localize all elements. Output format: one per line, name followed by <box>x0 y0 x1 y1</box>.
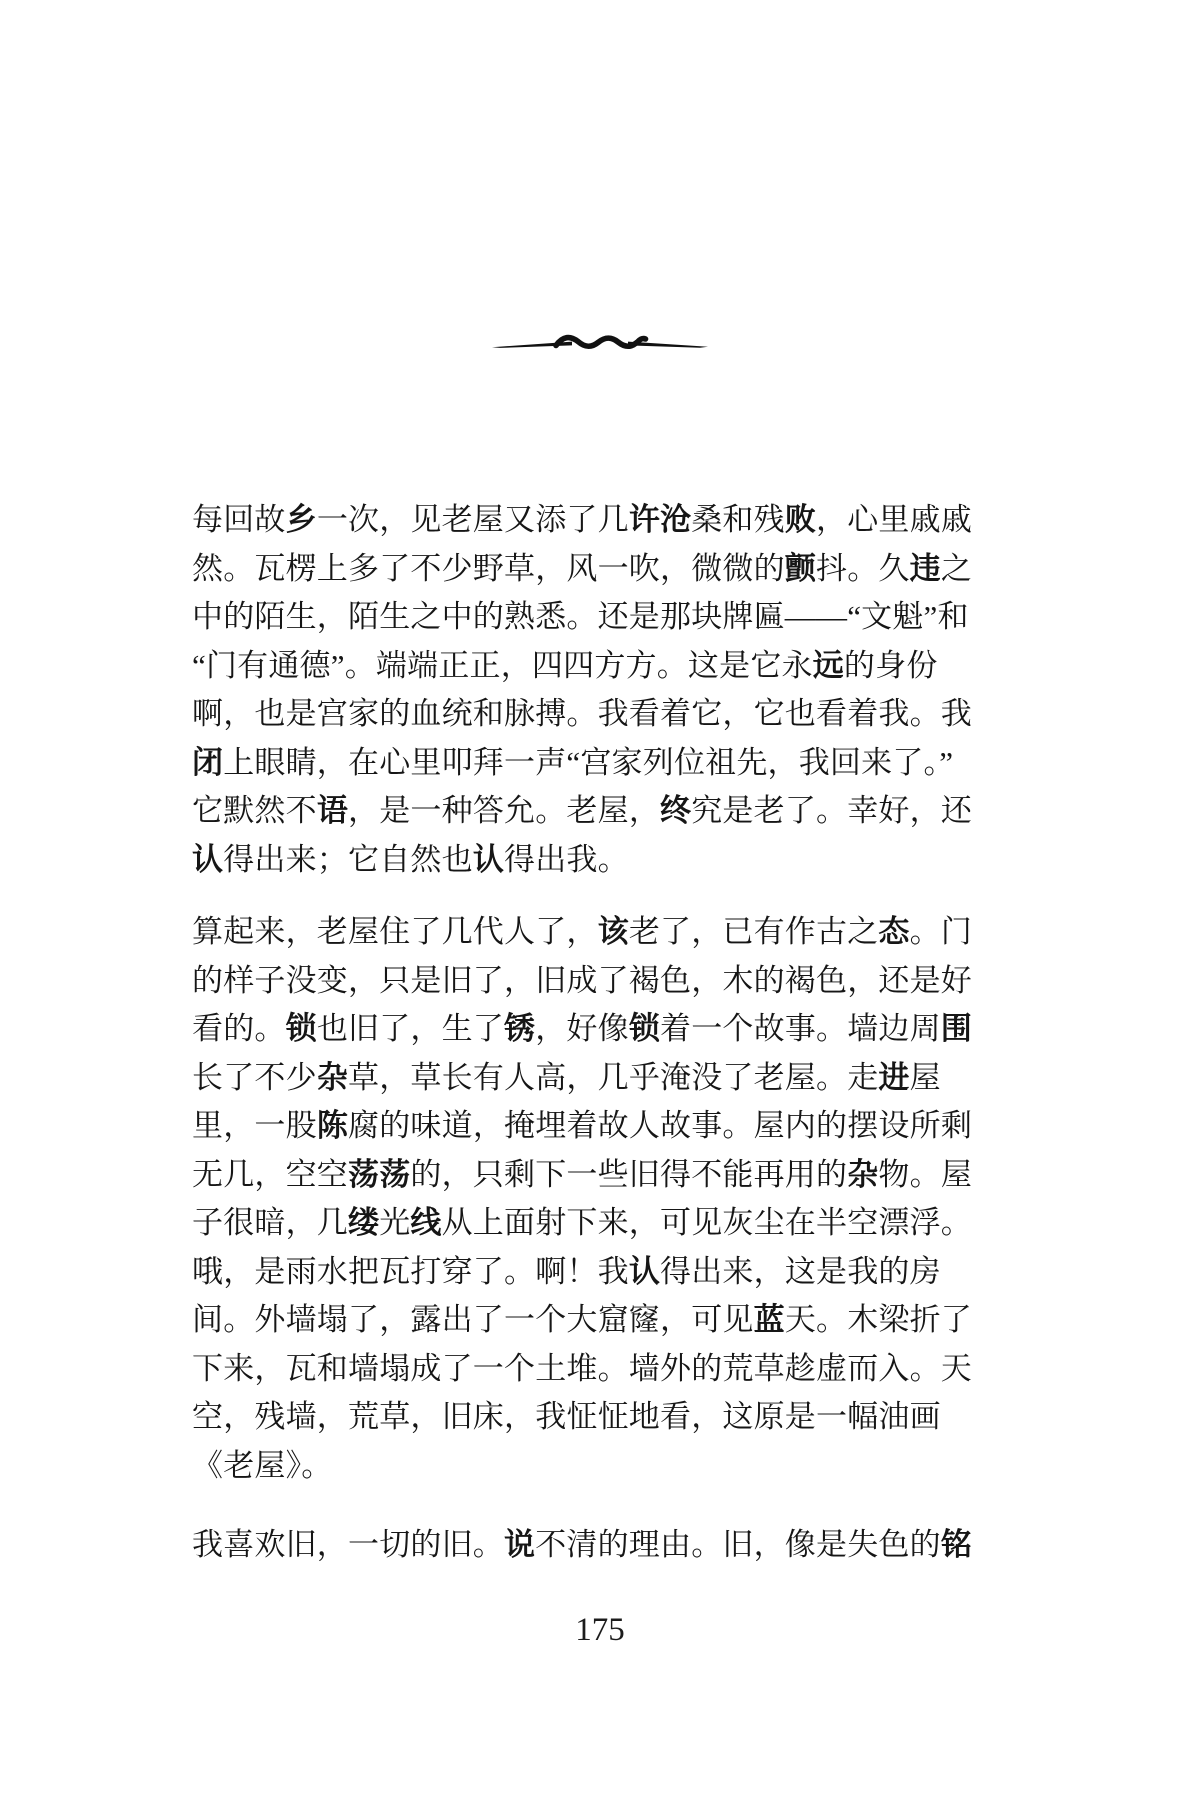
text-run: 。门 <box>910 914 972 949</box>
bold-text-run: 蓝 <box>754 1302 785 1337</box>
text-run: 上眼睛，在心里叩拜一声“宫家列位祖先，我回来了。” <box>223 745 953 780</box>
text-run: “门有通德”。端端正正，四四方方。这是它永 <box>192 648 813 683</box>
text-run: ，好像 <box>535 1011 629 1046</box>
text-line: 空，残墙，荒草，旧床，我怔怔地看，这原是一幅油画 <box>192 1393 1052 1442</box>
text-line: 闭上眼睛，在心里叩拜一声“宫家列位祖先，我回来了。” <box>192 739 1052 788</box>
bold-text-run: 闭 <box>192 745 223 780</box>
text-line: 间。外墙塌了，露出了一个大窟窿，可见蓝天。木梁折了 <box>192 1296 1052 1345</box>
text-run: 光 <box>379 1205 410 1240</box>
text-run: 究是老了。幸好，还 <box>691 793 972 828</box>
text-run: 天。木梁折了 <box>785 1302 972 1337</box>
text-block: 每回故乡一次，见老屋又添了几许沧桑和残败，心里戚戚然。瓦楞上多了不少野草，风一吹… <box>192 496 1052 1570</box>
bold-text-run: 围 <box>941 1011 972 1046</box>
text-run: 无几，空空 <box>192 1157 348 1192</box>
bold-text-run: 远 <box>813 648 844 683</box>
bold-text-run: 败 <box>785 502 816 537</box>
swash-divider-ornament <box>492 329 708 355</box>
text-line: 子很暗，几缕光线从上面射下来，可见灰尘在半空漂浮。 <box>192 1199 1052 1248</box>
text-run: 哦，是雨水把瓦打穿了。啊！我 <box>192 1254 629 1289</box>
bold-text-run: 认 <box>629 1254 660 1289</box>
bold-text-run: 锈 <box>504 1011 535 1046</box>
text-line: 啊，也是宫家的血统和脉搏。我看着它，它也看着我。我 <box>192 690 1052 739</box>
text-run: 长了不少 <box>192 1060 317 1095</box>
text-line: 我喜欢旧，一切的旧。说不清的理由。旧，像是失色的铭 <box>192 1521 1052 1570</box>
paragraph: 每回故乡一次，见老屋又添了几许沧桑和残败，心里戚戚然。瓦楞上多了不少野草，风一吹… <box>192 496 1052 884</box>
text-run: 的，只剩下一些旧得不能再用的 <box>410 1157 847 1192</box>
text-run: 之 <box>941 551 972 586</box>
text-line: 然。瓦楞上多了不少野草，风一吹，微微的颤抖。久违之 <box>192 545 1052 594</box>
text-line: 《老屋》。 <box>192 1442 1052 1491</box>
text-run: 物。屋 <box>878 1157 972 1192</box>
text-line: 每回故乡一次，见老屋又添了几许沧桑和残败，心里戚戚 <box>192 496 1052 545</box>
bold-text-run: 认 <box>192 842 223 877</box>
bold-text-run: 进 <box>878 1060 909 1095</box>
text-line: 的样子没变，只是旧了，旧成了褐色，木的褐色，还是好 <box>192 957 1052 1006</box>
bold-text-run: 态 <box>878 914 909 949</box>
bold-text-run: 认 <box>473 842 504 877</box>
text-run: 得出来；它自然也 <box>223 842 473 877</box>
bold-text-run: 锁 <box>286 1011 317 1046</box>
text-run: 看的。 <box>192 1011 286 1046</box>
bold-text-run: 颤 <box>785 551 816 586</box>
text-run: 草，草长有人高，几乎淹没了老屋。走 <box>348 1060 878 1095</box>
text-run: 间。外墙塌了，露出了一个大窟窿，可见 <box>192 1302 754 1337</box>
text-run: 一次，见老屋又添了几 <box>317 502 629 537</box>
text-run: 里，一股 <box>192 1108 317 1143</box>
text-run: 着一个故事。墙边周 <box>660 1011 941 1046</box>
text-run: 从上面射下来，可见灰尘在半空漂浮。 <box>442 1205 972 1240</box>
text-run: 下来，瓦和墙塌成了一个土堆。墙外的荒草趁虚而入。天 <box>192 1351 972 1386</box>
text-line: 里，一股陈腐的味道，掩埋着故人故事。屋内的摆设所剩 <box>192 1102 1052 1151</box>
bold-text-run: 荡荡 <box>348 1157 410 1192</box>
text-run: 子很暗，几 <box>192 1205 348 1240</box>
text-run: 每回故 <box>192 502 286 537</box>
bold-text-run: 铭 <box>941 1527 972 1562</box>
bold-text-run: 陈 <box>317 1108 348 1143</box>
text-run: 我喜欢旧，一切的旧。 <box>192 1527 504 1562</box>
text-run: 桑和残 <box>691 502 785 537</box>
text-line: 看的。锁也旧了，生了锈，好像锁着一个故事。墙边周围 <box>192 1005 1052 1054</box>
bold-text-run: 终 <box>660 793 691 828</box>
text-line: 长了不少杂草，草长有人高，几乎淹没了老屋。走进屋 <box>192 1054 1052 1103</box>
text-run: 的身份 <box>844 648 938 683</box>
bold-text-run: 说 <box>504 1527 535 1562</box>
text-run: 得出我。 <box>504 842 629 877</box>
text-line: 认得出来；它自然也认得出我。 <box>192 836 1052 885</box>
bold-text-run: 缕 <box>348 1205 379 1240</box>
text-run: ，心里戚戚 <box>816 502 972 537</box>
text-run: 中的陌生，陌生之中的熟悉。还是那块牌匾——“文魁”和 <box>192 599 969 634</box>
text-run: 啊，也是宫家的血统和脉搏。我看着它，它也看着我。我 <box>192 696 972 731</box>
text-run: 算起来，老屋住了几代人了， <box>192 914 598 949</box>
text-run: ，是一种答允。老屋， <box>348 793 660 828</box>
bold-text-run: 许沧 <box>629 502 691 537</box>
bold-text-run: 乡 <box>286 502 317 537</box>
text-run: 然。瓦楞上多了不少野草，风一吹，微微的 <box>192 551 785 586</box>
bold-text-run: 该 <box>598 914 629 949</box>
text-run: 腐的味道，掩埋着故人故事。屋内的摆设所剩 <box>348 1108 972 1143</box>
text-line: 哦，是雨水把瓦打穿了。啊！我认得出来，这是我的房 <box>192 1248 1052 1297</box>
text-run: 空，残墙，荒草，旧床，我怔怔地看，这原是一幅油画 <box>192 1399 941 1434</box>
text-run: 不清的理由。旧，像是失色的 <box>535 1527 941 1562</box>
bold-text-run: 违 <box>910 551 941 586</box>
bold-text-run: 锁 <box>629 1011 660 1046</box>
text-line: 它默然不语，是一种答允。老屋，终究是老了。幸好，还 <box>192 787 1052 836</box>
text-run: 它默然不 <box>192 793 317 828</box>
bold-text-run: 线 <box>410 1205 441 1240</box>
page-number: 175 <box>0 1612 1200 1649</box>
book-page: 每回故乡一次，见老屋又添了几许沧桑和残败，心里戚戚然。瓦楞上多了不少野草，风一吹… <box>0 0 1200 1800</box>
text-run: 《老屋》。 <box>192 1448 333 1483</box>
paragraph: 算起来，老屋住了几代人了，该老了，已有作古之态。门的样子没变，只是旧了，旧成了褐… <box>192 908 1052 1490</box>
text-run: 抖。久 <box>816 551 910 586</box>
text-line: 算起来，老屋住了几代人了，该老了，已有作古之态。门 <box>192 908 1052 957</box>
text-line: 中的陌生，陌生之中的熟悉。还是那块牌匾——“文魁”和 <box>192 593 1052 642</box>
bold-text-run: 语 <box>317 793 348 828</box>
text-line: 下来，瓦和墙塌成了一个土堆。墙外的荒草趁虚而入。天 <box>192 1345 1052 1394</box>
text-line: “门有通德”。端端正正，四四方方。这是它永远的身份 <box>192 642 1052 691</box>
text-run: 也旧了，生了 <box>317 1011 504 1046</box>
bold-text-run: 杂 <box>317 1060 348 1095</box>
bold-text-run: 杂 <box>847 1157 878 1192</box>
text-run: 得出来，这是我的房 <box>660 1254 941 1289</box>
text-run: 屋 <box>910 1060 941 1095</box>
text-line: 无几，空空荡荡的，只剩下一些旧得不能再用的杂物。屋 <box>192 1151 1052 1200</box>
text-run: 老了，已有作古之 <box>629 914 879 949</box>
text-run: 的样子没变，只是旧了，旧成了褐色，木的褐色，还是好 <box>192 963 972 998</box>
paragraph: 我喜欢旧，一切的旧。说不清的理由。旧，像是失色的铭 <box>192 1521 1052 1570</box>
